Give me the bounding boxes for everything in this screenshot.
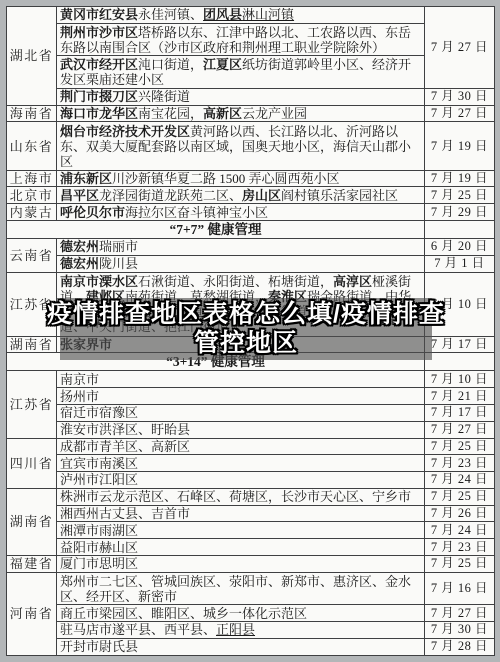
- area-cell: 德宏州陇川县: [57, 255, 425, 272]
- table-row: 湖北省黄冈市红安县永佳河镇、团风县淋山河镇7 月 27 日: [7, 7, 495, 24]
- area-cell: 呼伦贝尔市海拉尔区奋斗镇神宝小区: [57, 204, 425, 221]
- area-cell: 宜宾市南溪区: [57, 455, 425, 472]
- area-cell: 淮安市洪泽区、盱眙县: [57, 421, 425, 438]
- area-cell: 荆门市掇刀区兴隆街道: [57, 88, 425, 105]
- watermark-line-2: 管控地区: [194, 329, 298, 358]
- area-cell: 泸州市江阳区: [57, 472, 425, 489]
- table-row: 江苏省南京市7 月 10 日: [7, 371, 495, 388]
- province-cell: 湖北省: [7, 7, 57, 106]
- date-cell: 7 月 28 日: [425, 638, 495, 655]
- table-row: 海南省海口市龙华区南宝花园，高新区云龙产业园7 月 27 日: [7, 105, 495, 122]
- area-text: 驻马店市遂平县、西平县、: [60, 622, 216, 637]
- area-cell: 武汉市经开区沌口街道，江夏区纸坊街道郭岭里小区、经济开发区栗庙还建小区: [57, 56, 425, 89]
- area-text: 扬州市: [60, 389, 99, 404]
- area-text: 永佳河镇、: [138, 7, 203, 22]
- table-row: 湘潭市雨湖区7 月 24 日: [7, 522, 495, 539]
- area-text: 湘潭市雨湖区: [60, 523, 138, 538]
- watermark-line-1: 疫情排查地区表格怎么填/疫情排查: [47, 300, 445, 329]
- table-row: 开封市尉氏县7 月 28 日: [7, 638, 495, 655]
- table-row: 北京市昌平区龙泽园街道龙跃苑二区、房山区阎村镇乐活家园社区7 月 25 日: [7, 187, 495, 204]
- area-text: 阎村镇乐活家园社区: [281, 188, 398, 203]
- area-text: 郑州市二七区、管城回族区、荥阳市、新郑市、惠济区、金水区、经开区、新密市: [60, 574, 411, 604]
- area-text: 江夏区: [203, 57, 242, 72]
- area-cell: 成都市青羊区、高新区: [57, 438, 425, 455]
- page: 湖北省黄冈市红安县永佳河镇、团风县淋山河镇7 月 27 日荆州市沙市区塔桥路以东…: [0, 0, 500, 662]
- table-row: 益阳市赫山区7 月 23 日: [7, 539, 495, 556]
- table-row: 云南省德宏州瑞丽市6 月 20 日: [7, 239, 495, 256]
- date-cell: 7 月 25 日: [425, 438, 495, 455]
- date-cell: 7 月 30 日: [425, 88, 495, 105]
- table-row: 驻马店市遂平县、西平县、正阳县7 月 30 日: [7, 622, 495, 639]
- date-cell: 7 月 26 日: [425, 505, 495, 522]
- date-cell: 7 月 21 日: [425, 388, 495, 405]
- area-text: 海拉尔区奋斗镇神宝小区: [125, 205, 268, 220]
- table-row: 淮安市洪泽区、盱眙县7 月 27 日: [7, 421, 495, 438]
- area-text: 海口市龙华区: [60, 106, 138, 121]
- table-row: 上海市浦东新区川沙新镇华夏二路 1500 弄心圆西苑小区7 月 19 日: [7, 170, 495, 187]
- area-text: 高淳区: [333, 274, 372, 289]
- area-cell: 郑州市二七区、管城回族区、荥阳市、新郑市、惠济区、金水区、经开区、新密市: [57, 572, 425, 605]
- table-row: 山东省烟台市经济技术开发区黄河路以西、长江路以北、沂河路以东、双美大厦配套路以南…: [7, 122, 495, 170]
- table-row: 湖南省株洲市云龙示范区、石峰区、荷塘区，长沙市天心区、宁乡市7 月 25 日: [7, 488, 495, 505]
- area-text: 株洲市云龙示范区、石峰区、荷塘区，长沙市天心区、宁乡市: [60, 489, 411, 504]
- area-text: 川沙新镇华夏二路 1500 弄心圆西苑小区: [112, 171, 340, 186]
- area-text: 高新区: [203, 106, 242, 121]
- area-cell: 益阳市赫山区: [57, 539, 425, 556]
- area-cell: 驻马店市遂平县、西平县、正阳县: [57, 622, 425, 639]
- area-cell: 海口市龙华区南宝花园，高新区云龙产业园: [57, 105, 425, 122]
- area-text: 烟台市经济技术开发区: [60, 124, 190, 139]
- area-text: 开封市尉氏县: [60, 639, 138, 654]
- area-cell: 昌平区龙泽园街道龙跃苑二区、房山区阎村镇乐活家园社区: [57, 187, 425, 204]
- date-cell: 7 月 27 日: [425, 7, 495, 89]
- area-text: 兴隆街道: [138, 89, 190, 104]
- area-text: 成都市青羊区、高新区: [60, 439, 190, 454]
- province-cell: 江苏省: [7, 371, 57, 438]
- area-text: 德宏州: [60, 256, 99, 271]
- area-text: 宿迁市宿豫区: [60, 405, 138, 420]
- area-text: 淮安市洪泽区、盱眙县: [60, 422, 190, 437]
- province-cell: 湖南省: [7, 488, 57, 555]
- area-cell: 烟台市经济技术开发区黄河路以西、长江路以北、沂河路以东、双美大厦配套路以南区域，…: [57, 122, 425, 170]
- date-cell: 7 月 27 日: [425, 605, 495, 622]
- area-text: 湘西州古丈县、吉首市: [60, 506, 190, 521]
- date-cell: 7 月 16 日: [425, 572, 495, 605]
- watermark-overlay: 疫情排查地区表格怎么填/疫情排查 管控地区: [60, 298, 432, 360]
- area-text: 南京市: [60, 372, 99, 387]
- area-text: 浦东新区: [60, 171, 112, 186]
- date-cell: [425, 221, 495, 239]
- section-header: “7+7” 健康管理: [7, 221, 425, 239]
- area-text: 荆州市沙市区: [60, 25, 138, 40]
- table-row: 福建省厦门市思明区7 月 25 日: [7, 555, 495, 572]
- table-row: 河南省郑州市二七区、管城回族区、荥阳市、新郑市、惠济区、金水区、经开区、新密市7…: [7, 572, 495, 605]
- province-cell: 福建省: [7, 555, 57, 572]
- area-text: 团风县: [203, 7, 242, 22]
- table-row: 湘西州古丈县、吉首市7 月 26 日: [7, 505, 495, 522]
- area-text: 厦门市思明区: [60, 556, 138, 571]
- area-text: 荆门市掇刀区: [60, 89, 138, 104]
- area-cell: 德宏州瑞丽市: [57, 239, 425, 256]
- table-row: 商丘市梁园区、睢阳区、城乡一体化示范区7 月 27 日: [7, 605, 495, 622]
- area-cell: 湘西州古丈县、吉首市: [57, 505, 425, 522]
- date-cell: 7 月 25 日: [425, 555, 495, 572]
- area-text: 沌口街道，: [138, 57, 203, 72]
- province-cell: 河南省: [7, 572, 57, 655]
- table-row: 荆门市掇刀区兴隆街道7 月 30 日: [7, 88, 495, 105]
- date-cell: 7 月 17 日: [425, 336, 495, 353]
- area-text: 武汉市经开区: [60, 57, 138, 72]
- date-cell: 7 月 24 日: [425, 522, 495, 539]
- date-cell: 7 月 25 日: [425, 488, 495, 505]
- date-cell: 7 月 30 日: [425, 622, 495, 639]
- table-row: 泸州市江阳区7 月 24 日: [7, 472, 495, 489]
- table-row: 四川省成都市青羊区、高新区7 月 25 日: [7, 438, 495, 455]
- table-row: 宜宾市南溪区7 月 23 日: [7, 455, 495, 472]
- area-text: 石湫街道、永阳街道、柘塘街道，: [138, 274, 333, 289]
- area-text: 正阳县: [216, 622, 255, 637]
- province-cell: 山东省: [7, 122, 57, 170]
- area-text: 泸州市江阳区: [60, 472, 138, 487]
- date-cell: 7 月 27 日: [425, 421, 495, 438]
- date-cell: 7 月 27 日: [425, 105, 495, 122]
- province-cell: 湖南省: [7, 336, 57, 353]
- date-cell: 7 月 10 日: [425, 371, 495, 388]
- table-row: 内蒙古呼伦贝尔市海拉尔区奋斗镇神宝小区7 月 29 日: [7, 204, 495, 221]
- area-cell: 扬州市: [57, 388, 425, 405]
- province-cell: 上海市: [7, 170, 57, 187]
- date-cell: 6 月 20 日: [425, 239, 495, 256]
- province-cell: 四川省: [7, 438, 57, 488]
- date-cell: 7 月 17 日: [425, 404, 495, 421]
- table-row: 扬州市7 月 21 日: [7, 388, 495, 405]
- area-text: 龙泽园街道龙跃苑二区、: [99, 188, 242, 203]
- province-cell: 云南省: [7, 239, 57, 273]
- date-cell: 7 月 23 日: [425, 539, 495, 556]
- area-cell: 湘潭市雨湖区: [57, 522, 425, 539]
- area-text: 德宏州: [60, 239, 99, 254]
- area-cell: 商丘市梁园区、睢阳区、城乡一体化示范区: [57, 605, 425, 622]
- date-cell: 7 月 24 日: [425, 472, 495, 489]
- date-cell: 7 月 19 日: [425, 122, 495, 170]
- date-cell: 7 月 19 日: [425, 170, 495, 187]
- date-cell: 7 月 23 日: [425, 455, 495, 472]
- area-cell: 株洲市云龙示范区、石峰区、荷塘区，长沙市天心区、宁乡市: [57, 488, 425, 505]
- table-row: 荆州市沙市区塔桥路以东、江津中路以北、工农路以西、东岳东路以南围合区（沙市区政府…: [7, 23, 495, 56]
- area-text: 宜宾市南溪区: [60, 456, 138, 471]
- area-text: 房山区: [242, 188, 281, 203]
- area-text: 南京市溧水区: [60, 274, 138, 289]
- area-cell: 黄冈市红安县永佳河镇、团风县淋山河镇: [57, 7, 425, 24]
- province-cell: 北京市: [7, 187, 57, 204]
- area-text: 南宝花园，: [138, 106, 203, 121]
- area-cell: 厦门市思明区: [57, 555, 425, 572]
- area-text: 商丘市梁园区、睢阳区、城乡一体化示范区: [60, 606, 307, 621]
- section-header-row: “7+7” 健康管理: [7, 221, 495, 239]
- province-cell: 内蒙古: [7, 204, 57, 221]
- area-cell: 开封市尉氏县: [57, 638, 425, 655]
- date-cell: 7 月 1 日: [425, 255, 495, 272]
- area-text: 黄冈市红安县: [60, 7, 138, 22]
- table-row: 宿迁市宿豫区7 月 17 日: [7, 404, 495, 421]
- area-text: 益阳市赫山区: [60, 540, 138, 555]
- area-text: 云龙产业园: [242, 106, 307, 121]
- date-cell: [425, 353, 495, 371]
- area-cell: 南京市: [57, 371, 425, 388]
- area-text: 淋山河镇: [242, 7, 294, 22]
- area-text: 昌平区: [60, 188, 99, 203]
- province-cell: 海南省: [7, 105, 57, 122]
- area-cell: 荆州市沙市区塔桥路以东、江津中路以北、工农路以西、东岳东路以南围合区（沙市区政府…: [57, 23, 425, 56]
- area-text: 陇川县: [99, 256, 138, 271]
- area-cell: 浦东新区川沙新镇华夏二路 1500 弄心圆西苑小区: [57, 170, 425, 187]
- area-text: 呼伦贝尔市: [60, 205, 125, 220]
- area-text: 瑞丽市: [99, 239, 138, 254]
- area-cell: 宿迁市宿豫区: [57, 404, 425, 421]
- date-cell: 7 月 29 日: [425, 204, 495, 221]
- table-row: 德宏州陇川县7 月 1 日: [7, 255, 495, 272]
- date-cell: 7 月 25 日: [425, 187, 495, 204]
- table-row: 武汉市经开区沌口街道，江夏区纸坊街道郭岭里小区、经济开发区栗庙还建小区: [7, 56, 495, 89]
